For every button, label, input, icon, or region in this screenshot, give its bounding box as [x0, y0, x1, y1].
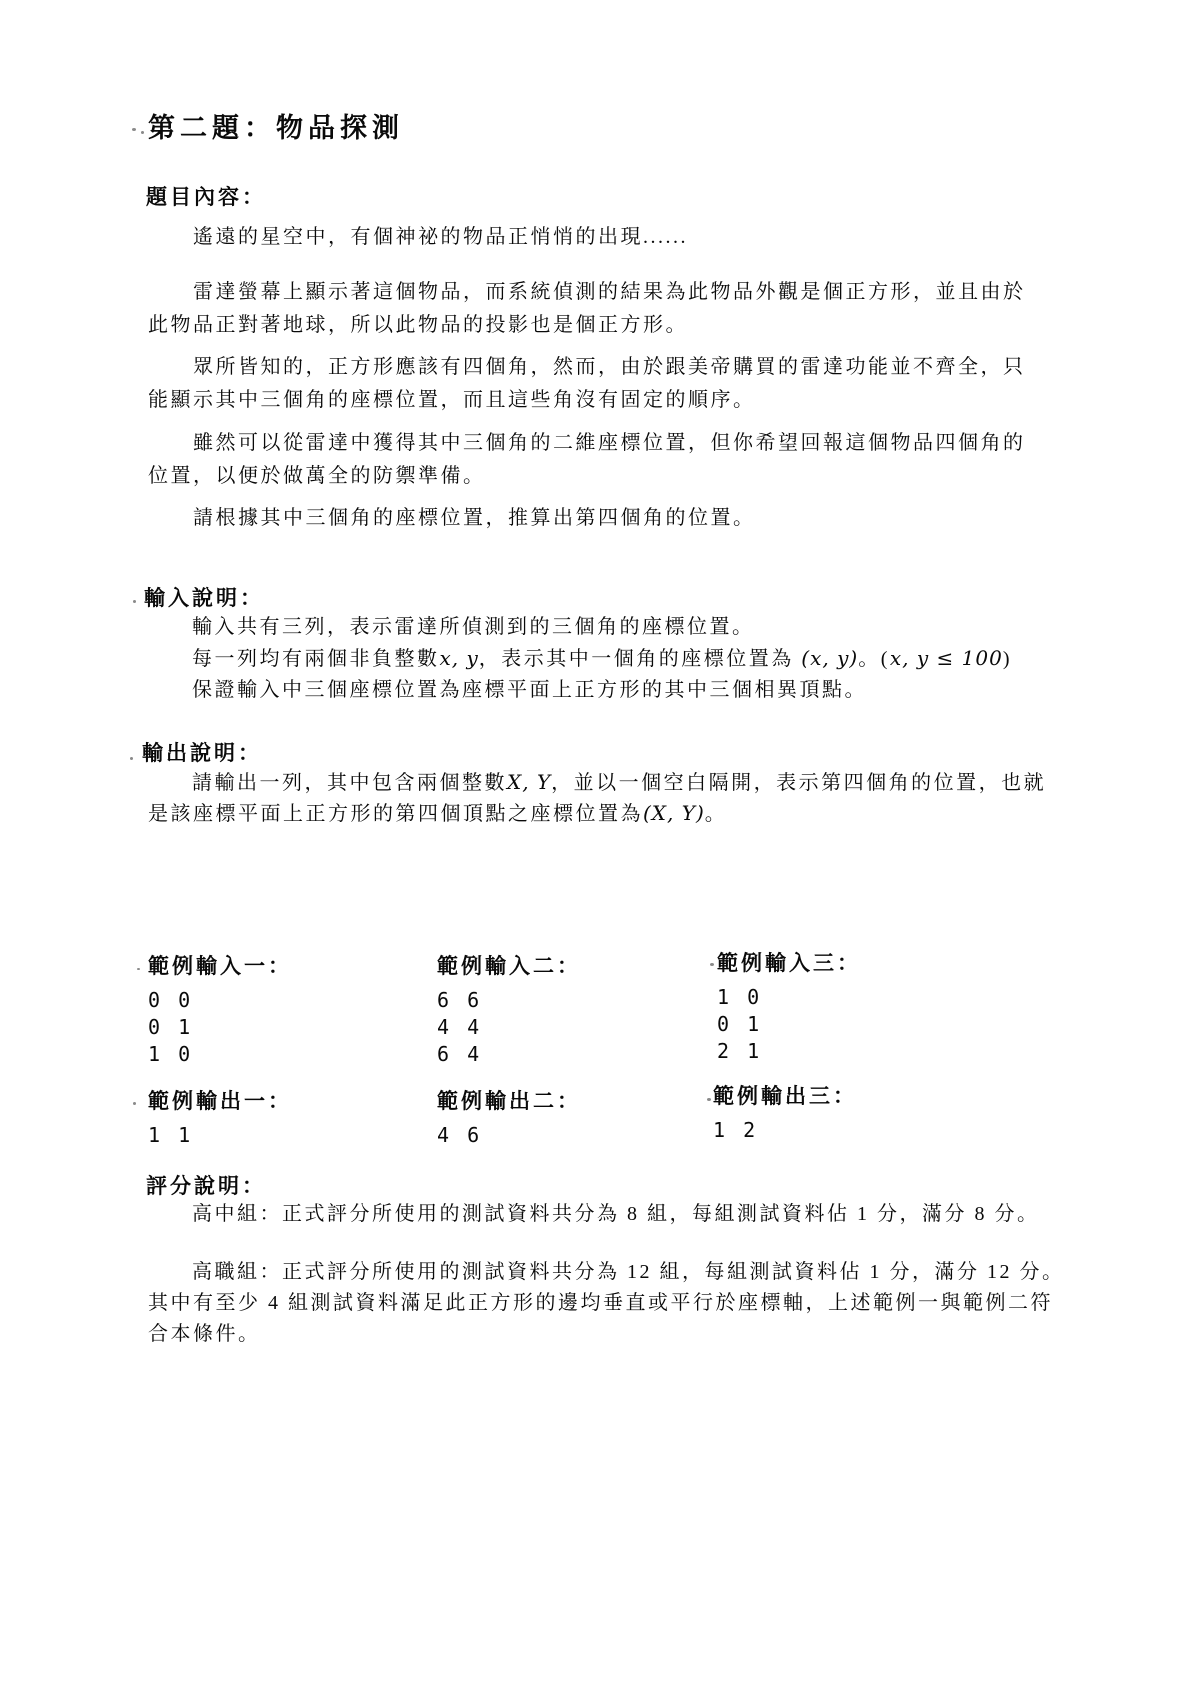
page-title: 第二題：物品探測: [148, 106, 404, 145]
scan-speck: [133, 600, 136, 603]
spec-line: 是該座標平面上正方形的第四個頂點之座標位置為(X, Y)。: [148, 797, 727, 831]
scoring-line-senior-high: 高中組：正式評分所使用的測試資料共分為 8 組，每組測試資料佔 1 分，滿分 8…: [192, 1198, 1040, 1231]
section-heading-input: 輸入說明：: [144, 582, 264, 612]
spec-text: 請輸出一列，其中包含兩個整數: [192, 772, 507, 794]
spec-line: 請輸出一列，其中包含兩個整數X, Y，並以一個空白隔開，表示第四個角的位置，也就: [192, 766, 1046, 800]
spec-text: ): [1003, 648, 1012, 670]
example-value-line: 1 2: [713, 1117, 857, 1144]
math-coordinate: (x, y): [801, 646, 858, 670]
example-output-1: 範例輸出一： 1 1: [148, 1085, 292, 1149]
paragraph: 雖然可以從雷達中獲得其中三個角的二維座標位置，但你希望回報這個物品四個角的 位置…: [148, 427, 1026, 493]
paragraph-line: 雷達螢幕上顯示著這個物品，而系統偵測的結果為此物品外觀是個正方形，並且由於: [148, 276, 1026, 309]
paragraph-line: 能顯示其中三個角的座標位置，而且這些角沒有固定的順序。: [148, 384, 1026, 417]
example-value-line: 6 6: [437, 987, 581, 1014]
scoring-line-vocational: 高職組：正式評分所使用的測試資料共分為 12 組，每組測試資料佔 1 分，滿分 …: [192, 1256, 1065, 1289]
example-output-3: 範例輸出三： 1 2: [713, 1080, 857, 1144]
math-variables: X, Y: [507, 770, 551, 794]
paragraph-line: 眾所皆知的，正方形應該有四個角，然而，由於跟美帝購買的雷達功能並不齊全，只: [148, 351, 1026, 384]
example-value-line: 0 0: [148, 987, 292, 1014]
scan-speck: [130, 757, 133, 760]
paragraph-line: 此物品正對著地球，所以此物品的投影也是個正方形。: [148, 309, 1026, 342]
example-value-line: 1 1: [148, 1122, 292, 1149]
spec-text: 每一列均有兩個非負整數: [192, 648, 440, 670]
example-value-line: 2 1: [717, 1038, 861, 1065]
example-output-2-heading: 範例輸出二：: [437, 1085, 581, 1115]
spec-line: 每一列均有兩個非負整數x, y，表示其中一個角的座標位置為 (x, y)。(x,…: [192, 643, 1012, 675]
section-heading-output: 輸出說明：: [142, 737, 262, 767]
example-value-line: 0 1: [148, 1014, 292, 1041]
paragraph-line: 雖然可以從雷達中獲得其中三個角的二維座標位置，但你希望回報這個物品四個角的: [148, 427, 1026, 460]
spec-text: 。: [705, 803, 728, 825]
scoring-line-continuation: 其中有至少 4 組測試資料滿足此正方形的邊均垂直或平行於座標軸，上述範例一與範例…: [148, 1287, 1053, 1320]
example-value-line: 0 1: [717, 1011, 861, 1038]
example-value-line: 4 4: [437, 1014, 581, 1041]
spec-text: 。(: [858, 648, 890, 670]
section-heading-scoring: 評分說明：: [146, 1170, 266, 1200]
example-value-line: 4 6: [437, 1122, 581, 1149]
example-output-1-heading: 範例輸出一：: [148, 1085, 292, 1115]
example-input-2: 範例輸入二： 6 6 4 4 6 4: [437, 950, 581, 1068]
scan-speck: [141, 131, 144, 134]
example-value-line: 6 4: [437, 1041, 581, 1068]
example-input-3: 範例輸入三： 1 0 0 1 2 1: [717, 947, 861, 1065]
scan-speck: [132, 128, 136, 131]
paragraph: 雷達螢幕上顯示著這個物品，而系統偵測的結果為此物品外觀是個正方形，並且由於 此物…: [148, 276, 1026, 342]
math-coordinate: (X, Y): [643, 801, 705, 825]
math-variables: x, y: [440, 646, 479, 670]
paragraph-line: 位置，以便於做萬全的防禦準備。: [148, 460, 1026, 493]
paragraph-line: 遙遠的星空中，有個神祕的物品正悄悄的出現......: [148, 221, 688, 254]
spec-line: 保證輸入中三個座標位置為座標平面上正方形的其中三個相異頂點。: [192, 675, 1012, 706]
spec-text: 是該座標平面上正方形的第四個頂點之座標位置為: [148, 803, 643, 825]
spec-text: ，並以一個空白隔開，表示第四個角的位置，也就: [551, 772, 1046, 794]
scan-speck: [133, 1102, 136, 1105]
example-input-1-heading: 範例輸入一：: [148, 950, 292, 980]
scanned-problem-page: 第二題：物品探測 題目內容： 遙遠的星空中，有個神祕的物品正悄悄的出現.....…: [0, 0, 1190, 1684]
example-value-line: 1 0: [148, 1041, 292, 1068]
input-spec-lines: 輸入共有三列，表示雷達所偵測到的三個角的座標位置。 每一列均有兩個非負整數x, …: [192, 612, 1012, 706]
paragraph: 眾所皆知的，正方形應該有四個角，然而，由於跟美帝購買的雷達功能並不齊全，只 能顯…: [148, 351, 1026, 417]
math-constraint: x, y ≤ 100: [890, 646, 1003, 670]
example-value-line: 1 0: [717, 984, 861, 1011]
scoring-line-continuation: 合本條件。: [148, 1318, 261, 1351]
scan-speck: [707, 1098, 711, 1101]
example-output-2: 範例輸出二： 4 6: [437, 1085, 581, 1149]
paragraph-line: 請根據其中三個角的座標位置，推算出第四個角的位置。: [148, 502, 756, 535]
section-heading-description: 題目內容：: [146, 181, 266, 211]
example-input-1: 範例輸入一： 0 0 0 1 1 0: [148, 950, 292, 1068]
example-output-3-heading: 範例輸出三：: [713, 1080, 857, 1110]
example-input-3-heading: 範例輸入三：: [717, 947, 861, 977]
spec-line: 輸入共有三列，表示雷達所偵測到的三個角的座標位置。: [192, 612, 1012, 643]
scan-speck: [137, 968, 140, 970]
example-input-2-heading: 範例輸入二：: [437, 950, 581, 980]
spec-text: ，表示其中一個角的座標位置為: [479, 648, 802, 670]
scan-speck: [710, 963, 714, 966]
